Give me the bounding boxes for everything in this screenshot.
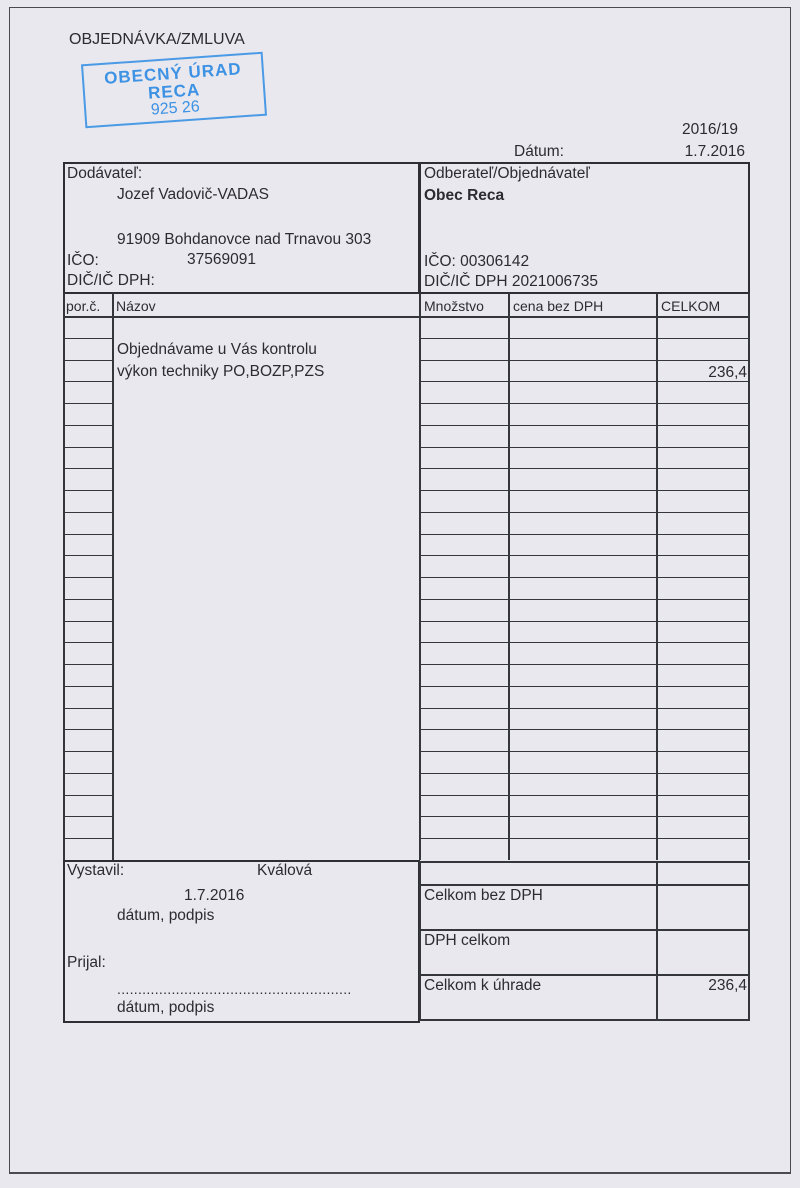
row-line-por: [63, 729, 112, 730]
customer-dic: DIČ/IČ DPH 2021006735: [424, 273, 598, 291]
col-header-cena: cena bez DPH: [513, 297, 603, 315]
row-line-por: [63, 621, 112, 622]
issuer-date: 1.7.2016: [184, 887, 244, 905]
col-border-por: [112, 293, 114, 860]
row-line-values: [419, 403, 750, 404]
row-line-values: [419, 447, 750, 448]
summary-total-label: Celkom k úhrade: [424, 977, 541, 995]
row-line-values: [419, 534, 750, 535]
summary-total-value: 236,4: [708, 977, 747, 995]
row-line-values: [419, 708, 750, 709]
row-line-por: [63, 838, 112, 839]
row-line-por: [63, 708, 112, 709]
row-line-values: [419, 773, 750, 774]
summary-row-line: [419, 974, 750, 976]
summary-subtotal-label: Celkom bez DPH: [424, 887, 543, 905]
row-line-values: [419, 621, 750, 622]
issuer-label: Vystavil:: [67, 862, 124, 880]
office-stamp: OBECNÝ ÚRAD RECA 925 26: [81, 52, 267, 129]
row-line-por: [63, 447, 112, 448]
row-line-values: [419, 729, 750, 730]
date-value: 1.7.2016: [685, 143, 745, 161]
summary-border-mid: [656, 861, 658, 1021]
item-description-line-1: Objednávame u Vás kontrolu: [117, 341, 317, 359]
row-line-values: [419, 577, 750, 578]
row-line-values: [419, 360, 750, 361]
supplier-label: Dodávateľ:: [67, 165, 142, 183]
col-header-nazov: Názov: [116, 297, 156, 315]
supplier-name: Jozef Vadovič-VADAS: [117, 186, 269, 204]
row-line-values: [419, 838, 750, 839]
summary-row-line: [419, 1019, 750, 1021]
col-header-por: por.č.: [66, 297, 100, 315]
row-line-por: [63, 686, 112, 687]
row-line-values: [419, 816, 750, 817]
order-number: 2016/19: [682, 121, 738, 139]
customer-name: Obec Reca: [424, 187, 504, 205]
row-line-por: [63, 360, 112, 361]
customer-ico: IČO: 00306142: [424, 253, 529, 271]
row-line-por: [63, 534, 112, 535]
supplier-dic-label: DIČ/IČ DPH:: [67, 272, 155, 290]
supplier-address: 91909 Bohdanovce nad Trnavou 303: [117, 231, 371, 249]
summary-border-right: [748, 861, 750, 1021]
summary-row-line: [419, 884, 750, 886]
row-line-por: [63, 599, 112, 600]
row-line-values: [419, 751, 750, 752]
summary-border-left: [419, 861, 421, 1021]
row-line-values: [419, 381, 750, 382]
row-line-por: [63, 555, 112, 556]
row-line-por: [63, 338, 112, 339]
item-row-total: 236,4: [708, 364, 747, 382]
date-label: Dátum:: [514, 143, 564, 161]
summary-row-line: [419, 929, 750, 931]
row-line-values: [419, 490, 750, 491]
row-line-por: [63, 751, 112, 752]
supplier-ico-label: IČO:: [67, 252, 99, 270]
row-line-por: [63, 425, 112, 426]
summary-vat-label: DPH celkom: [424, 932, 510, 950]
row-line-values: [419, 795, 750, 796]
received-date-sign-label: dátum, podpis: [117, 999, 214, 1017]
row-line-values: [419, 425, 750, 426]
row-line-values: [419, 642, 750, 643]
row-line-por: [63, 468, 112, 469]
signature-line: ........................................…: [117, 980, 352, 998]
row-line-por: [63, 577, 112, 578]
row-line-por: [63, 773, 112, 774]
row-line-por: [63, 664, 112, 665]
col-header-celkom: CELKOM: [661, 297, 720, 315]
document-title: OBJEDNÁVKA/ZMLUVA: [69, 31, 245, 49]
row-line-por: [63, 381, 112, 382]
row-line-values: [419, 468, 750, 469]
summary-row-line: [419, 861, 750, 863]
row-line-por: [63, 795, 112, 796]
item-description-line-2: výkon techniky PO,BOZP,PZS: [117, 363, 324, 381]
row-line-values: [419, 664, 750, 665]
row-line-values: [419, 555, 750, 556]
header-divider: [63, 316, 750, 318]
received-label: Prijal:: [67, 954, 106, 972]
row-line-values: [419, 686, 750, 687]
row-line-por: [63, 642, 112, 643]
row-line-por: [63, 816, 112, 817]
row-line-values: [419, 599, 750, 600]
row-line-por: [63, 490, 112, 491]
row-line-por: [63, 512, 112, 513]
row-line-values: [419, 512, 750, 513]
issuer-date-sign-label: dátum, podpis: [117, 907, 214, 925]
row-line-values: [419, 338, 750, 339]
customer-label: Odberateľ/Objednávateľ: [424, 165, 590, 183]
supplier-ico-value: 37569091: [187, 251, 256, 269]
issuer-name: Kválová: [257, 862, 312, 880]
row-line-por: [63, 403, 112, 404]
col-header-mnozstvo: Množstvo: [424, 297, 484, 315]
